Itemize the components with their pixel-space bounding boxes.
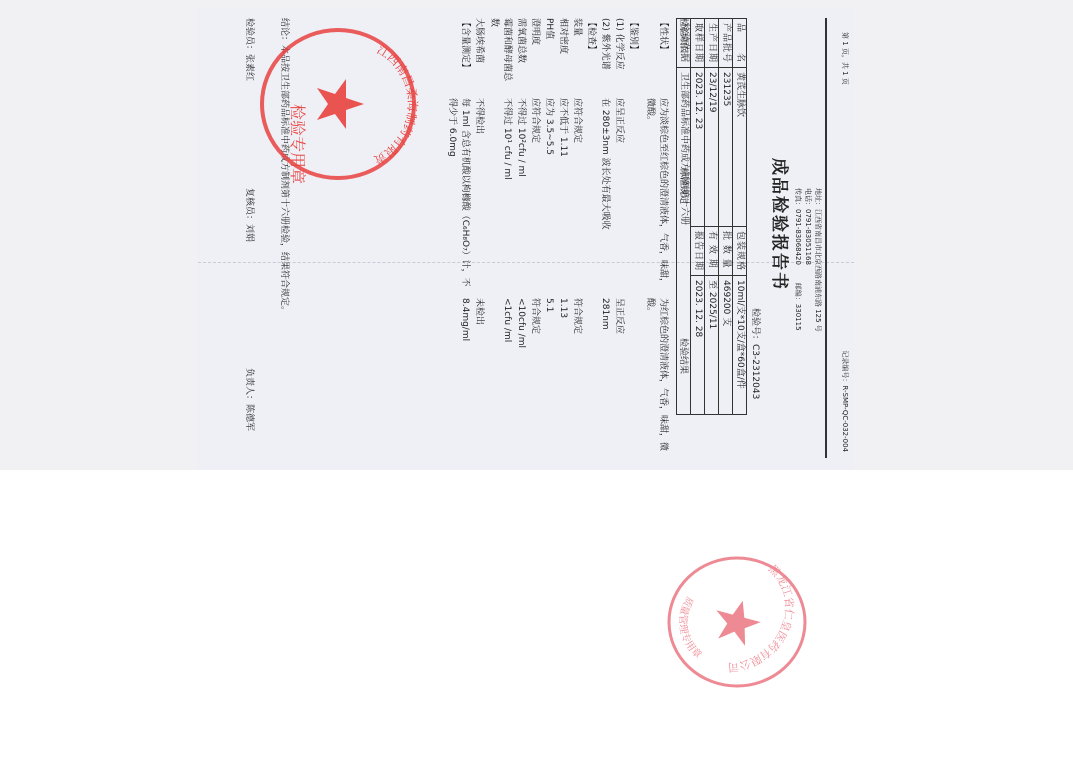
item-text: 相对密度 — [558, 18, 568, 54]
table-row: 品 名 黄芪生脉饮 包装规格 10ml/支*10支/盒*60盒/件 — [733, 19, 747, 415]
info-label: 品 名 — [733, 19, 747, 68]
column-standard-header: 标准规定 — [676, 168, 689, 204]
info-value: 231235 — [719, 68, 733, 227]
result-text: 为红棕色的澄清液体，气香，味甜，微酸。 — [643, 298, 669, 458]
standard-text: 应符合规定 — [570, 98, 583, 143]
table-row: 需氧菌总数 不得过 10²cfu / ml <10cfu /ml — [514, 18, 527, 458]
standard-text: 应为淡棕色至红棕色的澄清液体，气香，味甜，微酸。 — [643, 98, 669, 288]
standard-text: 应呈正反应 — [612, 98, 625, 143]
item-text: (2) 紫外光谱 — [600, 18, 610, 70]
info-value: 至 2025/11 — [705, 276, 719, 415]
report-title: 成品检验报告书 — [772, 158, 785, 291]
standard-text: 应为 3.5~5.5 — [542, 98, 555, 155]
postcode-text: 邮编：330115 — [794, 283, 802, 331]
table-row: 大肠埃希菌 不得检出 未检出 — [472, 18, 485, 458]
table-row: (1) 化学反应 应呈正反应 呈正反应 — [612, 18, 625, 458]
item-text: 装量 — [572, 18, 582, 36]
info-label: 产品批号 — [719, 19, 733, 68]
item-text: 霉菌和酵母菌总数 — [487, 18, 513, 84]
address-text: 地址：江西省南昌市北京西路南浦东路 125 号 — [813, 188, 823, 332]
page-info: 第 1 页，共 1 页 — [840, 32, 849, 85]
result-text: 5.1 — [542, 298, 555, 312]
section-heading: 【鉴别】 — [626, 18, 639, 54]
info-value: 469200 支 — [719, 276, 733, 415]
info-value: 10ml/支*10支/盒*60盒/件 — [733, 276, 747, 415]
table-row: PH值 应为 3.5~5.5 5.1 — [542, 18, 555, 458]
table-row: 取样日期 2023. 12. 23 报告日期 2023. 12. 28 — [691, 19, 705, 415]
result-text: 281nm — [598, 298, 611, 330]
result-text: 符合规定 — [570, 298, 583, 334]
phone-text: 电话：0791-83051168 — [804, 188, 812, 265]
result-text: 1.13 — [556, 298, 569, 318]
info-label: 取样日期 — [691, 19, 705, 68]
inspector: 检验员：张素红 — [242, 18, 255, 81]
section-assay: 【含量测定】 每 1ml 含总有机酸以枸橼酸（C₆H₈O₇）计，不得少于 6.0… — [441, 18, 471, 458]
section-heading: 【检查】 — [584, 18, 597, 54]
reviewer: 复核员：刘娟 — [242, 188, 255, 242]
seal-text: 检验专用章 — [288, 104, 307, 184]
report-number: 检验号：C3-2312043 — [748, 308, 761, 399]
table-row: 澄明度 应符合规定 符合规定 — [528, 18, 541, 458]
svg-text:质量管理专用章: 质量管理专用章 — [676, 594, 704, 661]
table-row: 相对密度 应不低于 1.11 1.13 — [556, 18, 569, 458]
table-row: 产品批号 231235 批 数 量 469200 支 — [719, 19, 733, 415]
standard-text: 不得过 10²cfu / ml — [514, 98, 527, 177]
result-text: 未检出 — [472, 298, 485, 325]
item-text: (1) 化学反应 — [614, 18, 624, 70]
column-result-header: 检验结果 — [676, 338, 689, 374]
company-address: 地址：江西省南昌市北京西路南浦东路 125 号 电话：0791-83051168… — [793, 188, 823, 332]
table-row: 霉菌和酵母菌总数 不得过 10¹ cfu / ml <1cfu /ml — [487, 18, 513, 458]
result-text: 符合规定 — [528, 298, 541, 334]
result-text: <10cfu /ml — [514, 298, 527, 348]
standard-text: 每 1ml 含总有机酸以枸橼酸（C₆H₈O₇）计，不得少于 6.0mg — [445, 98, 471, 288]
section-appearance: 【性状】 应为淡棕色至红棕色的澄清液体，气香，味甜，微酸。 为红棕色的澄清液体，… — [639, 18, 669, 458]
info-value: 2023. 12. 28 — [691, 276, 705, 415]
responsible-person: 负责人：陈德军 — [242, 368, 255, 431]
result-text: 8.4mg/ml — [458, 298, 471, 341]
inspection-seal-stamp: 检验专用章 江西南昌桑海制药有限责任公司 — [256, 22, 420, 186]
result-text: 呈正反应 — [612, 298, 625, 334]
table-row: (2) 紫外光谱 在 280±3nm 波长处有最大吸收 281nm — [598, 18, 611, 458]
fax-text: 传真：0791-83068420 — [794, 188, 802, 265]
standard-text: 不得检出 — [472, 98, 485, 134]
info-label: 生产日期 — [705, 19, 719, 68]
item-text: 澄明度 — [530, 18, 540, 45]
column-item-header: 检验项目 — [676, 18, 689, 54]
info-label: 有 效 期 — [705, 227, 719, 276]
standard-text: 不得过 10¹ cfu / ml — [500, 98, 513, 180]
info-value: 2023. 12. 23 — [691, 68, 705, 227]
quality-seal-stamp: 黑龙江省仁皇医药有限公司 质量管理专用章 — [664, 552, 810, 692]
info-value: 23/12/19 — [705, 68, 719, 227]
info-label: 包装规格 — [733, 227, 747, 276]
section-heading: 【性状】 — [658, 18, 668, 54]
info-label: 报告日期 — [691, 227, 705, 276]
standard-text: 应符合规定 — [528, 98, 541, 143]
item-text: 大肠埃希菌 — [474, 18, 484, 63]
info-value: 黄芪生脉饮 — [733, 68, 747, 227]
item-text: PH值 — [544, 18, 554, 39]
header-meta: 第 1 页，共 1 页 记录编号：R-SMP-QC-032-004 — [840, 32, 849, 452]
table-row: 装量 应符合规定 符合规定 — [570, 18, 583, 458]
standard-text: 应不低于 1.11 — [556, 98, 569, 157]
table-row: 生产日期 23/12/19 有 效 期 至 2025/11 — [705, 19, 719, 415]
record-no: 记录编号：R-SMP-QC-032-004 — [840, 350, 849, 452]
info-label: 批 数 量 — [719, 227, 733, 276]
section-heading: 【含量测定】 — [460, 18, 470, 72]
result-text: <1cfu /ml — [500, 298, 513, 342]
standard-text: 在 280±3nm 波长处有最大吸收 — [598, 98, 611, 230]
item-text: 需氧菌总数 — [516, 18, 526, 63]
header-rule — [825, 18, 827, 458]
